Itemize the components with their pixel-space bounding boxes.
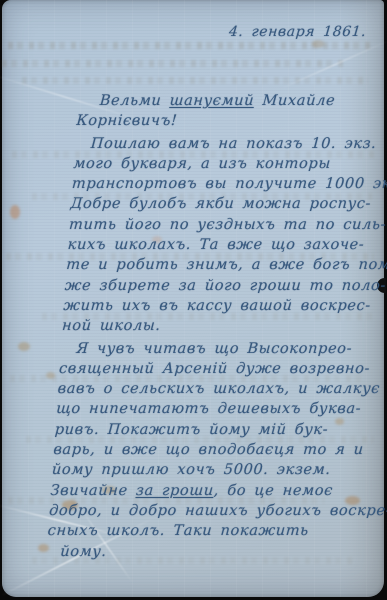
salutation-line-2: Корнієвичъ! [76, 111, 377, 131]
letter-line: вавъ о сельскихъ школахъ, и жалкує [57, 379, 358, 399]
underlined-word: за гроши [135, 482, 214, 499]
date-line: 4. генваря 1861. [228, 24, 367, 40]
line-pre: Звичайне [50, 482, 137, 499]
photo-background: { "letter": { "date_line": "4. генваря 1… [0, 0, 387, 600]
letter-line-underlined: Звичайне за гроши, бо це немоє [50, 481, 351, 501]
foxing-stain [18, 342, 30, 351]
letter-line: сныхъ школъ. Таки покажить [47, 521, 348, 541]
letter-line: транспортовъ вы получите 1000 экз. [71, 174, 372, 194]
underlined-word: шануємий [169, 92, 255, 109]
letter-line: добро, и добро нашихъ убогихъ воскре- [48, 501, 349, 521]
letter-line: мого букваря, а изъ конторы [73, 154, 374, 174]
show-through-texture [22, 77, 368, 84]
letter-line: тить його по уєздныхъ та по силь- [68, 215, 369, 235]
letter-line: йому. [46, 542, 347, 562]
foxing-stain [10, 205, 20, 219]
salutation-post: Михайле [254, 92, 336, 109]
letter-line: Пошлаю вамъ на показъ 10. экз. [74, 134, 375, 154]
letter-line: жить ихъ въ кассу вашой воскрес- [63, 296, 364, 316]
line-post: , бо це немоє [213, 482, 333, 499]
letter-text: Вельми шануємий Михайле Корнієвичъ! Пошл… [46, 91, 379, 562]
letter-line: кихъ школахъ. Та вже що захоче- [67, 235, 368, 255]
letter-line: те и робить знимъ, а вже богъ помо- [66, 255, 367, 275]
show-through-texture [8, 42, 374, 49]
letter-line: Добре булобъ якби можна роспус- [70, 194, 371, 214]
letter-line: ной школы. [61, 316, 362, 336]
letter-line: Я чувъ читавъ що Высокопрео- [60, 339, 361, 359]
letter-page: 4. генваря 1861. Вельми шануємий Михайле… [2, 0, 384, 597]
letter-line: йому пришлю хочъ 5000. экзем. [51, 460, 352, 480]
paragraph-1: Пошлаю вамъ на показъ 10. экз. мого букв… [61, 134, 375, 337]
letter-line: же збирете за його гроши то поло- [64, 276, 365, 296]
show-through-texture [2, 60, 344, 67]
paragraph-2: Я чувъ читавъ що Высокопрео- священный А… [46, 339, 362, 562]
fold-crease [279, 40, 387, 90]
salutation-line-1: Вельми шануємий Михайле [77, 91, 378, 111]
foxing-stain [46, 372, 55, 379]
letter-line: що нипечатаютъ дешевыхъ буква- [55, 399, 356, 419]
letter-line: варь, и вже що вподобаєця то я и [53, 440, 354, 460]
salutation-pre: Вельми [99, 92, 170, 109]
foxing-stain [312, 40, 324, 48]
letter-line: священный Арсеній дуже возревно- [58, 359, 359, 379]
letter-line: ривъ. Покажитъ йому мій бук- [54, 420, 355, 440]
